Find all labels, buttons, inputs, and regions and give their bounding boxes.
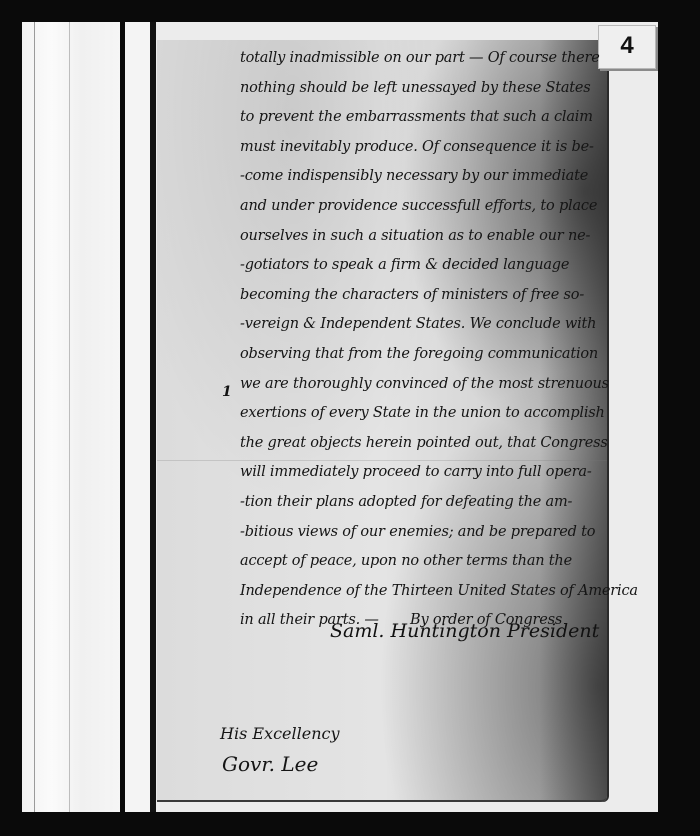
address-block: His Excellency Govr. Lee [220,724,340,776]
body-line: observing that from the foregoing commun… [240,340,610,370]
margin-mark: 1 [222,384,232,400]
body-line: totally inadmissible on our part — Of co… [240,44,610,74]
body-line: nothing should be left unessayed by thes… [240,74,610,104]
body-line: -tion their plans adopted for defeating … [240,488,610,518]
body-line: and under providence successfull efforts… [240,192,610,222]
body-line: we are thoroughly convinced of the most … [240,370,610,400]
body-line: exertions of every State in the union to… [240,399,610,429]
body-line: -gotiators to speak a firm & decided lan… [240,251,610,281]
body-line: -come indispensibly necessary by our imm… [240,162,610,192]
signature: Saml. Huntington President [330,620,599,642]
body-line: will immediately proceed to carry into f… [240,458,610,488]
backing-strip-narrow [125,22,150,812]
backing-strip-left [22,22,122,812]
body-line: the great objects herein pointed out, th… [240,429,610,459]
body-line: must inevitably produce. Of consequence … [240,133,610,163]
letter-body: totally inadmissible on our part — Of co… [240,44,610,636]
body-line: -bitious views of our enemies; and be pr… [240,518,610,548]
address-line-1: His Excellency [220,724,340,752]
body-line: Independence of the Thirteen United Stat… [240,577,610,607]
body-line: becoming the characters of ministers of … [240,281,610,311]
body-line: ourselves in such a situation as to enab… [240,222,610,252]
body-line: accept of peace, upon no other terms tha… [240,547,610,577]
body-line: -vereign & Independent States. We conclu… [240,310,610,340]
body-line: to prevent the embarrassments that such … [240,103,610,133]
address-line-2: Govr. Lee [220,752,340,776]
